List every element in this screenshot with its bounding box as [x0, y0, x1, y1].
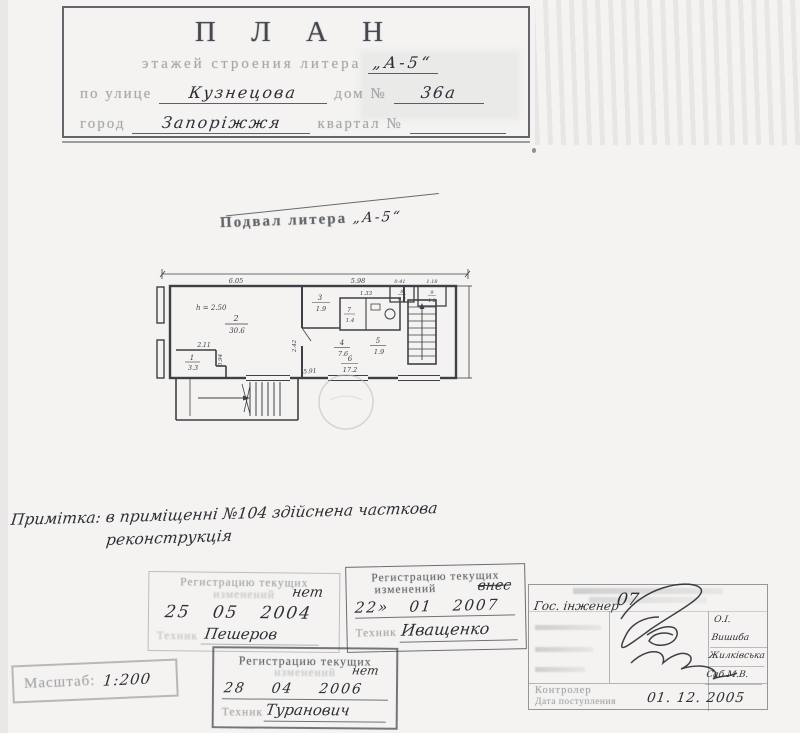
- stamp1-tech-name: Пешеров: [203, 625, 278, 644]
- city-row: город Запоріжжя квартал №: [64, 113, 528, 134]
- plan-caption-value: „А-5“: [352, 209, 402, 227]
- room4-number: 4: [339, 339, 344, 347]
- partitions: [176, 286, 404, 378]
- registration-stamp-2: Регистрацию текущих изменений внес 22» 0…: [345, 563, 527, 653]
- approval-label-smudge-2: [535, 647, 593, 652]
- dim-bottom: 5.91: [303, 368, 317, 376]
- approval-names: О.І. Вишиба Жилківська Саб М.В.: [705, 612, 772, 685]
- scale-label: Масштаб:: [24, 672, 96, 692]
- stamp2-tech-name: Иващенко: [400, 619, 490, 640]
- stamp1-date: 25 05 2004: [163, 602, 313, 624]
- stamp2-underline: [400, 639, 518, 642]
- handwritten-note: Примітка: в приміщенні №104 здійснена ча…: [7, 505, 483, 547]
- street-label: по улице: [80, 86, 152, 103]
- signature-2: [647, 627, 677, 646]
- registration-stamp-1: Регистрацию текущих изменений нет 25 05 …: [148, 571, 341, 653]
- scanned-plan-document: П Л А Н этажей строения литера „А-5“ по …: [0, 0, 800, 733]
- approval-name-3: Саб М.В.: [705, 667, 765, 686]
- house-underline: 36а: [394, 83, 484, 104]
- street-underline: Кузнецова: [159, 83, 327, 104]
- note-line-2: реконструкція: [105, 527, 233, 549]
- stamp3-underline: [264, 721, 386, 723]
- room6-area: 17.2: [343, 366, 357, 374]
- room5-number: 5: [376, 337, 381, 345]
- street-value: Кузнецова: [188, 83, 299, 102]
- room7-number: 7: [347, 307, 351, 314]
- room8-number: 8: [400, 289, 403, 295]
- dim-corridor: 2.42: [292, 339, 298, 353]
- dim-room1-width: 2.11: [196, 342, 210, 349]
- room3-area: 1.9: [316, 305, 326, 313]
- stamp1-mark: нет: [291, 585, 324, 601]
- city-underline: Запоріжжя: [132, 113, 310, 134]
- approval-header-smudge-1: [573, 588, 723, 594]
- left-pillar: [157, 287, 164, 378]
- house-label: дом №: [334, 86, 386, 103]
- height-note: h = 2.50: [196, 304, 227, 312]
- document-title: П Л А Н: [64, 16, 528, 49]
- stamp3-mark: нет: [351, 663, 379, 677]
- plan-caption: Подвал литера „А-5“: [220, 209, 402, 232]
- officer-number: 07: [616, 590, 640, 610]
- approval-col-line-1: [609, 611, 610, 683]
- litera-value: „А-5“: [372, 53, 434, 72]
- approval-label-smudge-3: [535, 667, 585, 672]
- stamp1-tech-label: Техник: [157, 630, 198, 642]
- approval-stamp: Гос. інженер 07 О.І. Вишиба Жилківська С…: [528, 584, 768, 710]
- controller-label: Контролер: [535, 685, 592, 696]
- note-line-1: Примітка: в приміщенні №104 здійснена ча…: [10, 499, 439, 529]
- house-value: 36а: [419, 83, 458, 102]
- room3-number: 3: [318, 294, 323, 302]
- city-value: Запоріжжя: [160, 113, 282, 132]
- stamp2-mark: внес: [476, 577, 511, 594]
- quarter-label: квартал №: [317, 116, 402, 133]
- dim-upper-right-1: 0.41: [394, 279, 405, 285]
- arrival-date-value: 01. 12. 2005: [646, 690, 746, 706]
- dim-closet: 1.33: [360, 291, 373, 297]
- litera-underline: „А-5“: [368, 53, 438, 74]
- scale-stamp: Масштаб: 1:200: [11, 659, 178, 704]
- room5-area: 1.9: [374, 348, 384, 356]
- title-block: П Л А Н этажей строения литера „А-5“ по …: [62, 6, 530, 138]
- entrance-porch: [176, 378, 298, 420]
- dim-top-right: 5.98: [351, 277, 365, 285]
- stamp2-date: 22» 01 2007: [354, 596, 500, 617]
- room2-number: 2: [232, 314, 238, 323]
- officer-label: Гос. інженер: [533, 599, 620, 613]
- floor-plan-drawing: h = 2.50 2 30.6 1 3.3 2.11 0.94 6.05 5.9…: [150, 256, 480, 441]
- stamp3-tech-label: Техник: [222, 706, 263, 718]
- room2-area: 30.6: [229, 327, 245, 335]
- room1-number: 1: [190, 354, 194, 362]
- dim-upper-right-2: 1.18: [426, 279, 437, 285]
- dim-top-left: 6.05: [229, 277, 243, 285]
- stairs: [408, 300, 436, 364]
- stamp3-date: 28 04 2006: [223, 680, 364, 697]
- room1-area: 3.3: [188, 364, 198, 372]
- stamp3-tech-name: Туранович: [264, 701, 351, 720]
- toilet-symbol: [385, 309, 395, 319]
- title-subline: этажей строения литера „А-5“: [64, 53, 528, 74]
- city-label: город: [80, 116, 125, 133]
- litera-label: этажей строения литера: [142, 56, 361, 72]
- approval-label-smudge-1: [535, 625, 601, 630]
- scan-streaks-left-edge: [0, 0, 8, 733]
- scan-streaks-top-right: [535, 0, 800, 145]
- sink-symbol: [371, 304, 380, 310]
- faint-round-stamp: [319, 375, 373, 429]
- room9-number: 9: [430, 290, 434, 296]
- right-dimension-line: [456, 286, 472, 378]
- room6-number: 6: [348, 355, 353, 363]
- stamp2-tech-label: Техник: [355, 627, 396, 640]
- scan-speck: [532, 148, 536, 153]
- scale-value: 1:200: [103, 670, 153, 690]
- approval-name-1: О.І. Вишиба: [710, 612, 772, 648]
- dimension-line-top: [160, 269, 470, 279]
- arrival-date-label: Дата поступления: [535, 697, 616, 707]
- quarter-underline: [410, 116, 506, 134]
- upper-right-rooms: [390, 286, 446, 306]
- room8-area: 0.2: [398, 297, 406, 303]
- registration-stamp-3: Регистрацию текущих изменений нет 28 04 …: [212, 646, 399, 730]
- street-row: по улице Кузнецова дом № 36а: [64, 83, 528, 104]
- dim-room1-depth: 0.94: [218, 353, 224, 366]
- approval-name-2: Жилківська: [707, 648, 767, 667]
- room7-area: 1.4: [346, 318, 355, 324]
- room9-area: 1.2: [428, 298, 436, 304]
- room4-area: 7.6: [338, 350, 348, 358]
